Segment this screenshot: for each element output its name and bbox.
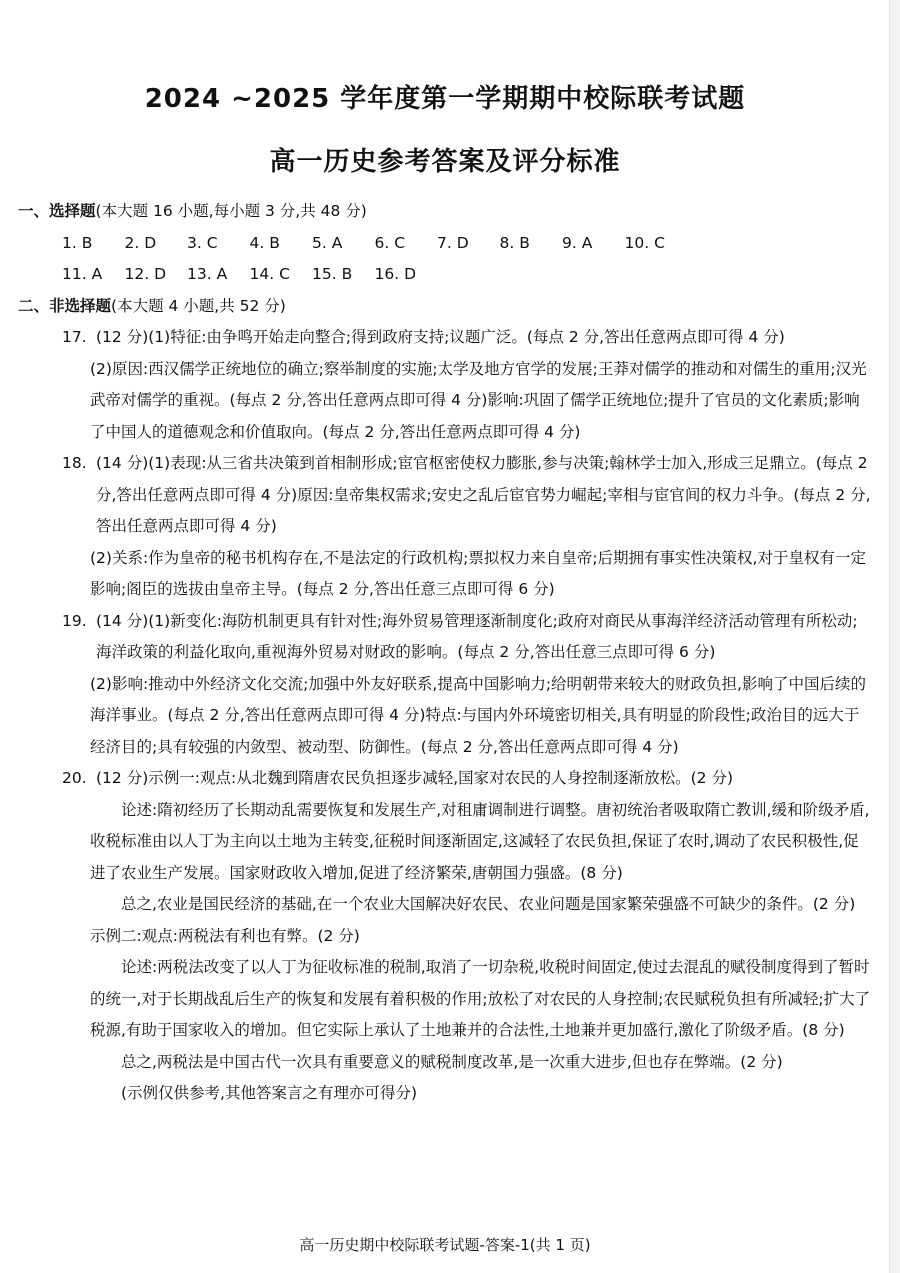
- document-subtitle: 高一历史参考答案及评分标准: [0, 141, 890, 178]
- section-choice-heading: 一、选择题(本大题 16 小题,每小题 3 分,共 48 分): [18, 196, 873, 228]
- choice-answers-row-1: 1. B 2. D 3. C 4. B 5. A 6. C 7. D 8. B …: [28, 228, 873, 260]
- question-20-note: (示例仅供参考,其他答案言之有理亦可得分): [28, 1078, 873, 1110]
- page-footer: 高一历史期中校际联考试题-答案-1(共 1 页): [0, 1234, 890, 1255]
- answer-16: 16. D: [375, 259, 438, 291]
- answer-5: 5. A: [312, 228, 375, 260]
- question-18-part-2: (2)关系:作为皇帝的秘书机构存在,不是法定的行政机构;票拟权力来自皇帝;后期拥…: [28, 543, 873, 606]
- question-17-part-1: 17.(12 分)(1)特征:由争鸣开始走向整合;得到政府支持;议题广泛。(每点…: [62, 322, 873, 354]
- document-title: 2024 ~2025 学年度第一学期期中校际联考试题: [0, 78, 890, 115]
- answer-11: 11. A: [62, 259, 125, 291]
- answer-4: 4. B: [250, 228, 313, 260]
- question-18-part-1: 18.(14 分)(1)表现:从三省共决策到首相制形成;宦官枢密使权力膨胀,参与…: [62, 448, 873, 543]
- answer-7: 7. D: [437, 228, 500, 260]
- answer-1: 1. B: [62, 228, 125, 260]
- answer-3: 3. C: [187, 228, 250, 260]
- document-page: 2024 ~2025 学年度第一学期期中校际联考试题 高一历史参考答案及评分标准…: [0, 0, 890, 1273]
- question-20-example-2-conclusion: 总之,两税法是中国古代一次具有重要意义的赋税制度改革,是一次重大进步,但也存在弊…: [28, 1047, 873, 1079]
- question-20-example-1-conclusion: 总之,农业是国民经济的基础,在一个农业大国解决好农民、农业问题是国家繁荣强盛不可…: [28, 889, 873, 921]
- question-20-example-2-argument: 论述:两税法改变了以人丁为征收标准的税制,取消了一切杂税,收税时间固定,使过去混…: [28, 952, 873, 1047]
- answer-9: 9. A: [562, 228, 625, 260]
- answer-15: 15. B: [312, 259, 375, 291]
- question-20-example-2-view: 示例二:观点:两税法有利也有弊。(2 分): [28, 921, 873, 953]
- question-17-part-2: (2)原因:西汉儒学正统地位的确立;察举制度的实施;太学及地方官学的发展;王莽对…: [28, 354, 873, 449]
- question-19-part-1: 19.(14 分)(1)新变化:海防机制更具有针对性;海外贸易管理逐渐制度化;政…: [62, 606, 873, 669]
- answer-8: 8. B: [500, 228, 563, 260]
- page-edge-scrollbar: [889, 0, 900, 1273]
- section-nonchoice-heading: 二、非选择题(本大题 4 小题,共 52 分): [18, 291, 873, 323]
- answer-13: 13. A: [187, 259, 250, 291]
- question-20-example-1-view: 20.(12 分)示例一:观点:从北魏到隋唐农民负担逐步减轻,国家对农民的人身控…: [62, 763, 873, 795]
- question-19-part-2: (2)影响:推动中外经济文化交流;加强中外友好联系,提高中国影响力;给明朝带来较…: [28, 669, 873, 764]
- question-20-example-1-argument: 论述:隋初经历了长期动乱需要恢复和发展生产,对租庸调制进行调整。唐初统治者吸取隋…: [28, 795, 873, 890]
- answer-14: 14. C: [250, 259, 313, 291]
- answer-6: 6. C: [375, 228, 438, 260]
- answer-body: 一、选择题(本大题 16 小题,每小题 3 分,共 48 分) 1. B 2. …: [28, 196, 873, 1110]
- answer-12: 12. D: [125, 259, 188, 291]
- answer-2: 2. D: [125, 228, 188, 260]
- choice-answers-row-2: 11. A 12. D 13. A 14. C 15. B 16. D: [28, 259, 873, 291]
- answer-10: 10. C: [625, 228, 688, 260]
